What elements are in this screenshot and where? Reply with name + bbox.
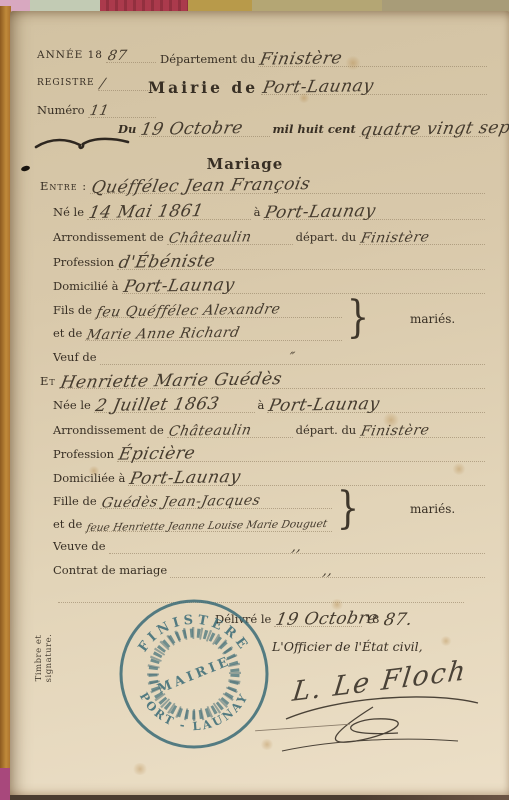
numero-line: Numéro 11 bbox=[37, 98, 159, 118]
departement-line: Département du Finistère bbox=[160, 47, 490, 67]
registre-value: / bbox=[98, 77, 106, 91]
bride-arrondissement: Châteaulin bbox=[167, 423, 252, 438]
bride-arrondissement-line: Arrondissement de Châteaulin départ. du … bbox=[53, 418, 488, 438]
annee-label: ANNÉE 18 bbox=[37, 48, 103, 63]
contract-label: Contrat de mariage bbox=[53, 563, 167, 578]
bride-name: Henriette Marie Guédès bbox=[59, 372, 283, 390]
groom-name: Quéffélec Jean François bbox=[90, 177, 311, 195]
groom-profession-label: Profession bbox=[53, 255, 114, 270]
stain-spot bbox=[440, 636, 452, 646]
title-text: Mariage bbox=[207, 155, 284, 173]
contract-value: ,, bbox=[321, 564, 334, 578]
mairie-label: Mairie de bbox=[148, 80, 258, 95]
bride-father: Guédès Jean-Jacques bbox=[100, 494, 261, 511]
annee-line: ANNÉE 18 87 bbox=[37, 43, 159, 63]
bride-mother: feue Henriette Jeanne Louise Marie Dougu… bbox=[85, 517, 328, 535]
bride-arrondissement-label: Arrondissement de bbox=[53, 423, 164, 438]
groom-arrondissement: Châteaulin bbox=[167, 230, 252, 245]
photo-of-marriage-certificate: ANNÉE 18 87 REGISTRE / Numéro 11 Départe… bbox=[0, 0, 509, 800]
groom-profession: d'Ébéniste bbox=[118, 254, 217, 270]
groom-veuf-label: Veuf de bbox=[53, 350, 97, 365]
groom-father-label: Fils de bbox=[53, 303, 92, 318]
groom-parents-brace: } bbox=[347, 292, 369, 343]
stain-spot bbox=[298, 93, 310, 103]
delivered-date: 19 Octobre bbox=[275, 611, 380, 627]
groom-domicile: Port-Launay bbox=[122, 278, 235, 294]
groom-mother-line: et de Marie Anne Richard bbox=[53, 321, 345, 341]
contract-line: Contrat de mariage ,, bbox=[53, 558, 488, 578]
groom-arrondissement-line: Arrondissement de Châteaulin départ. du … bbox=[53, 225, 488, 245]
bride-domicile-line: Domiciliée à Port-Launay bbox=[53, 466, 488, 486]
bride-depart-label: départ. du bbox=[296, 423, 357, 438]
registre-label: REGISTRE bbox=[37, 76, 95, 91]
bride-birth-date: 2 Juillet 1863 bbox=[94, 397, 220, 413]
groom-father-line: Fils de feu Quéffélec Alexandre bbox=[53, 298, 345, 318]
bride-father-label: Fille de bbox=[53, 494, 97, 509]
date-prefix: Du bbox=[118, 122, 136, 137]
certificate-paper: ANNÉE 18 87 REGISTRE / Numéro 11 Départe… bbox=[10, 11, 509, 795]
officer-label: L'Officier de l'État civil, bbox=[272, 639, 423, 654]
bride-birth-line: Née le 2 Juillet 1863 à Port-Launay bbox=[53, 393, 488, 413]
groom-mother-label: et de bbox=[53, 326, 82, 341]
bride-profession: Épicière bbox=[118, 446, 197, 461]
groom-name-line: Entre : Quéffélec Jean François bbox=[40, 174, 488, 194]
groom-mother: Marie Anne Richard bbox=[86, 326, 242, 343]
bride-profession-line: Profession Épicière bbox=[53, 442, 488, 462]
bride-birth-place: Port-Launay bbox=[268, 397, 381, 413]
mairie-line: Mairie de Port-Launay bbox=[148, 75, 490, 95]
groom-at-label: à bbox=[254, 205, 261, 220]
groom-born-label: Né le bbox=[53, 205, 84, 220]
bride-mother-label: et de bbox=[53, 517, 82, 532]
bride-parents-brace: } bbox=[337, 483, 359, 534]
stain-spot bbox=[345, 56, 361, 70]
groom-profession-line: Profession d'Ébéniste bbox=[53, 250, 488, 270]
stain-spot bbox=[382, 413, 400, 427]
groom-domicile-line: Domicilié à Port-Launay bbox=[53, 274, 488, 294]
act-date-line: Du 19 Octobre mil huit cent quatre vingt… bbox=[118, 117, 492, 137]
entre-label: Entre : bbox=[40, 179, 87, 194]
groom-father: feu Quéffélec Alexandre bbox=[95, 302, 281, 319]
groom-birth-date: 14 Mai 1861 bbox=[87, 204, 204, 220]
document-title: Mariage bbox=[140, 154, 350, 173]
groom-arrondissement-label: Arrondissement de bbox=[53, 230, 164, 245]
flourish-ornament bbox=[34, 133, 130, 155]
date-year-words: quatre vingt sept bbox=[359, 121, 509, 138]
bride-profession-label: Profession bbox=[53, 447, 114, 462]
bride-veuve-value: ,, bbox=[290, 540, 303, 554]
stain-spot bbox=[132, 763, 148, 775]
margin-note: Timbre et signature. bbox=[34, 610, 48, 706]
delivered-year: 87. bbox=[383, 613, 414, 627]
bride-mother-line: et de feue Henriette Jeanne Louise Marie… bbox=[53, 512, 335, 532]
et-label: Et bbox=[40, 374, 56, 389]
stain-spot bbox=[88, 466, 100, 476]
signature-flourish bbox=[278, 689, 488, 759]
groom-depart-label: départ. du bbox=[296, 230, 357, 245]
bride-name-line: Et Henriette Marie Guédès bbox=[40, 369, 488, 389]
groom-birth-line: Né le 14 Mai 1861 à Port-Launay bbox=[53, 200, 488, 220]
groom-domicile-label: Domicilié à bbox=[53, 279, 119, 294]
stain-spot bbox=[260, 739, 274, 750]
groom-veuf-value: ″ bbox=[288, 351, 296, 365]
bride-domicile: Port-Launay bbox=[129, 470, 242, 486]
registre-line: REGISTRE / bbox=[37, 71, 159, 91]
bride-father-line: Fille de Guédès Jean-Jacques bbox=[53, 489, 335, 509]
ink-blot bbox=[21, 165, 31, 172]
stain-spot bbox=[330, 599, 344, 610]
groom-birth-place: Port-Launay bbox=[264, 204, 377, 220]
date-mid: mil huit cent bbox=[273, 122, 356, 137]
bride-born-label: Née le bbox=[53, 398, 91, 413]
groom-widower-line: Veuf de ″ bbox=[53, 345, 488, 365]
stain-spot bbox=[452, 463, 466, 475]
groom-maries-label: mariés. bbox=[410, 312, 455, 326]
date-day-month: 19 Octobre bbox=[140, 121, 245, 137]
departement-value: Finistère bbox=[259, 51, 344, 66]
numero-value: 11 bbox=[88, 104, 110, 118]
mairie-value: Port-Launay bbox=[262, 79, 375, 95]
bride-veuve-label: Veuve de bbox=[53, 539, 106, 554]
bride-at-label: à bbox=[258, 398, 265, 413]
mairie-stamp: FINISTERE PORT - LAUNAY MAIRIE bbox=[114, 594, 274, 754]
departement-label: Département du bbox=[160, 52, 255, 67]
annee-value: 87 bbox=[107, 49, 129, 63]
bride-maries-label: mariés. bbox=[410, 502, 455, 516]
groom-departement: Finistère bbox=[360, 230, 431, 245]
numero-label: Numéro bbox=[37, 103, 85, 118]
bride-widow-line: Veuve de ,, bbox=[53, 534, 488, 554]
stamp-center-text: MAIRIE bbox=[155, 654, 233, 697]
